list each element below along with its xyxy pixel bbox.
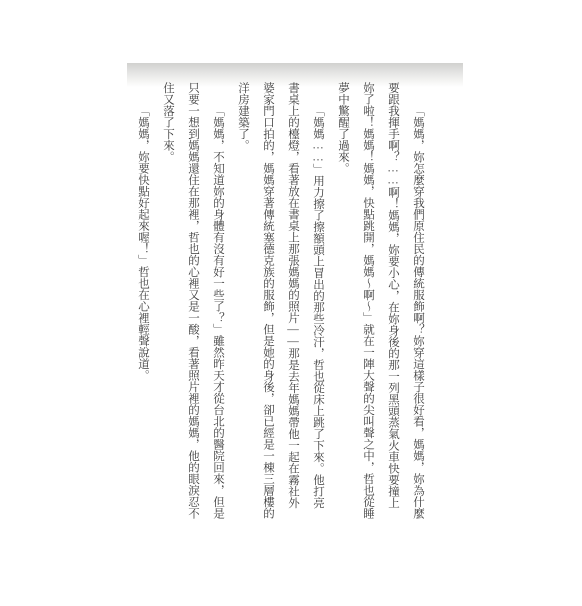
paragraph-3: 「媽媽，不知道妳的身體有沒有好一些了？」雖然昨天才從台北的醫院回來，但是只要一想…: [155, 82, 230, 519]
paragraph-4: 「媽媽，妳要快點好起來喔！」哲也在心裡輕聲說道。: [130, 82, 155, 519]
page-text-block: 「媽媽，妳怎麼穿我們原住民的傳統服飾啊？妳穿這樣子很好看，媽媽，妳為什麼要跟我揮…: [130, 82, 430, 519]
book-page: 「媽媽，妳怎麼穿我們原住民的傳統服飾啊？妳穿這樣子很好看，媽媽，妳為什麼要跟我揮…: [0, 0, 582, 606]
paragraph-2: 「媽媽……」用力擦了擦額頭上冒出的那些冷汗，哲也從床上跳了下來。他打亮書桌上的檯…: [230, 82, 330, 519]
paragraph-1: 「媽媽，妳怎麼穿我們原住民的傳統服飾啊？妳穿這樣子很好看，媽媽，妳為什麼要跟我揮…: [330, 82, 430, 519]
